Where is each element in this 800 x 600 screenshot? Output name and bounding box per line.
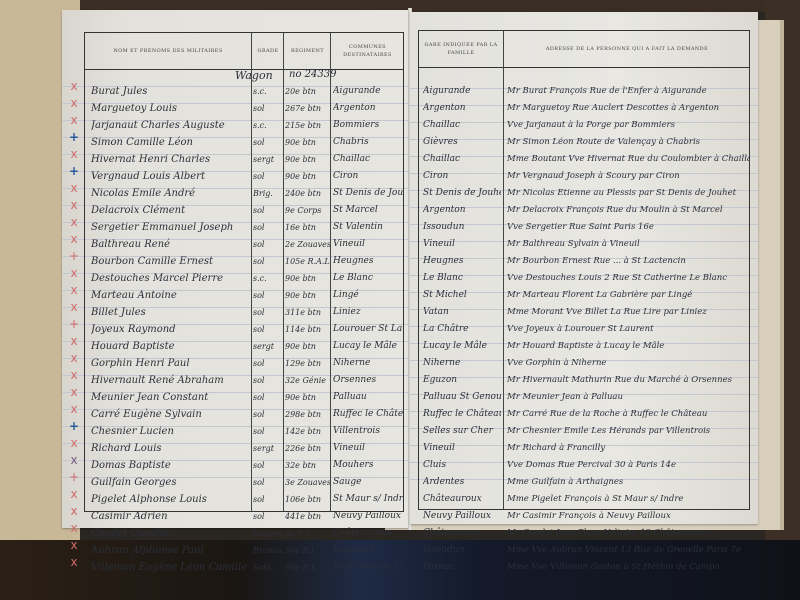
grade-value: Brig. (253, 185, 283, 202)
grade-value: sergt (253, 338, 283, 355)
x-mark-icon: x (64, 231, 84, 248)
grade-value: sol (253, 168, 283, 185)
table-row: Chaillac Vve Jarjanaut à la Porge par Bo… (419, 117, 749, 134)
x-mark-icon: x (64, 180, 84, 197)
grade-value: Caporal (253, 525, 283, 542)
regiment-value: 215e btn (285, 117, 330, 134)
gare-value: Lucay le Mâle (423, 338, 501, 355)
soldier-name: Aubrun Alphonse Paul (91, 542, 249, 559)
grade-value: sol (253, 355, 283, 372)
table-row: Chesnier Lucien sol 142e btn Villentrois (85, 423, 403, 440)
commune-value: Lingé (333, 287, 403, 304)
grade-value: sol (253, 508, 283, 525)
table-row: Vineuil Mr Balthreau Sylvain à Vineuil (419, 236, 749, 253)
grade-value: sol (253, 134, 283, 151)
grade-value: sol (253, 389, 283, 406)
table-row: Destouches Marcel Pierre s.c. 90e btn Le… (85, 270, 403, 287)
table-row: Burat Jules s.c. 20e btn Aigurande (85, 83, 403, 100)
table-row: Ardentes Mme Guilfain à Arthaignes (419, 474, 749, 491)
table-row: Vineuil Mr Richard à Francilly (419, 440, 749, 457)
grade-value: sergt (253, 151, 283, 168)
adresse-value: Mme Boutant Vve Hivernat Rue du Coulombi… (507, 151, 749, 168)
x-mark-icon: x (64, 367, 84, 384)
soldier-name: Simon Camille Léon (91, 134, 249, 151)
soldier-name: Sergetier Emmanuel Joseph (91, 219, 249, 236)
table-row: St Michel Mr Marteau Florent La Gabrière… (419, 287, 749, 304)
table-row: Gièvres Mr Simon Léon Route de Valençay … (419, 134, 749, 151)
register-right-page: Gare indiquée par la famille Adresse de … (410, 12, 758, 524)
gare-value: Eguzon (423, 372, 501, 389)
soldier-name: Destouches Marcel Pierre (91, 270, 249, 287)
adresse-value: Mme Vve Aubrun Vincent 13 Rue de Grenell… (507, 542, 749, 559)
cross-mark-icon: + (64, 316, 84, 333)
adresse-value: Mme Pigelet François à St Maur s/ Indre (507, 491, 749, 508)
commune-value: Palluau (333, 389, 403, 406)
adresse-value: Mme Vve Villemon Gaston à St Hérbin de C… (507, 559, 749, 576)
grade-value: Sold. (253, 559, 283, 576)
soldier-name: Marguetoy Louis (91, 100, 249, 117)
adresse-value: Mr Carré Rue de la Roche à Ruffec le Châ… (507, 406, 749, 423)
gare-value: Chaillac (423, 151, 501, 168)
gare-value: Ciron (423, 168, 501, 185)
soldier-name: Hivernault René Abraham (91, 372, 249, 389)
table-row: Le Blanc Vve Destouches Louis 2 Rue St C… (419, 270, 749, 287)
cross-mark-icon: + (64, 248, 84, 265)
gare-value: St Denis de Jouhet (423, 185, 501, 202)
gare-value: Vineuil (423, 440, 501, 457)
grade-value: sol (253, 100, 283, 117)
regiment-value: 90e btn (285, 168, 330, 185)
commune-value: Lucay le Mâle (333, 338, 403, 355)
gare-value: Vineuil (423, 236, 501, 253)
grade-value: s.c. (253, 83, 283, 100)
table-row: Hivernault René Abraham sol 32e Génie Or… (85, 372, 403, 389)
table-row: Châteauroux Mr Condet Jean Place Voltair… (419, 525, 749, 542)
commune-value: Mouhers (333, 457, 403, 474)
grade-value: s.c. (253, 117, 283, 134)
table-row: Domas Baptiste sol 32e btn Mouhers (85, 457, 403, 474)
gare-value: Vatan (423, 304, 501, 321)
commune-value: St Marcel (333, 202, 403, 219)
table-row: St Denis de Jouhet Mr Nicolas Etienne au… (419, 185, 749, 202)
x-mark-icon: x (64, 350, 84, 367)
gare-value: Heugnes (423, 253, 501, 270)
table-row: Condet Camille Caporal 5e R.T. Châteauro… (85, 525, 403, 542)
gare-value: Issoudun (423, 542, 501, 559)
x-mark-icon: x (64, 486, 84, 503)
table-row: Bourbon Camille Ernest sol 105e R.A.L. H… (85, 253, 403, 270)
soldier-name: Vergnaud Louis Albert (91, 168, 249, 185)
table-row: Marguetoy Louis sol 267e btn Argenton (85, 100, 403, 117)
adresse-value: Mr Delacroix François Rue du Moulin à St… (507, 202, 749, 219)
table-row: Gorphin Henri Paul sol 129e btn Niherne (85, 355, 403, 372)
grade-value: sol (253, 423, 283, 440)
regiment-value: 311e btn (285, 304, 330, 321)
adresse-value: Mr Bourbon Ernest Rue ... à St Lactencin (507, 253, 749, 270)
gare-value: Niherne (423, 355, 501, 372)
soldier-name: Guilfain Georges (91, 474, 249, 491)
commune-value: St Hérbin de Campo (333, 559, 403, 576)
table-row: Guilfain Georges sol 3e Zouaves Sauge (85, 474, 403, 491)
grade-value: Brancard. (253, 542, 283, 559)
gare-value: Ardentes (423, 474, 501, 491)
table-row: Jarjanaut Charles Auguste s.c. 215e btn … (85, 117, 403, 134)
soldier-name: Balthreau René (91, 236, 249, 253)
commune-value: Vineuil (333, 236, 403, 253)
x-mark-icon: x (64, 503, 84, 520)
commune-value: Argenton (333, 100, 403, 117)
header-name: Nom et prénoms des militaires (85, 33, 251, 70)
table-row: Chaillac Mme Boutant Vve Hivernat Rue du… (419, 151, 749, 168)
adresse-value: Mr Meunier Jean à Palluau (507, 389, 749, 406)
commune-value: St Denis de Jouhet (333, 185, 403, 202)
adresse-value: Mr Balthreau Sylvain à Vineuil (507, 236, 749, 253)
regiment-value: 105e R.A.L. (285, 253, 330, 270)
commune-value: Liniez (333, 304, 403, 321)
table-row: Billet Jules sol 311e btn Liniez (85, 304, 403, 321)
x-mark-icon: x (64, 333, 84, 350)
x-mark-icon: x (64, 401, 84, 418)
x-mark-icon: x (64, 112, 84, 129)
adresse-value: Vve Destouches Louis 2 Rue St Catherine … (507, 270, 749, 287)
adresse-value: Mr Marguetoy Rue Auclert Descottes à Arg… (507, 100, 749, 117)
commune-value: Sauge (333, 474, 403, 491)
adresse-value: Mr Casimir François à Neuvy Pailloux (507, 508, 749, 525)
grade-value: sol (253, 304, 283, 321)
regiment-value: 20e btn (285, 83, 330, 100)
commune-value: Villentrois (333, 423, 403, 440)
table-row: Vergnaud Louis Albert sol 90e btn Ciron (85, 168, 403, 185)
table-row: Aigurande Mr Burat François Rue de l'Enf… (419, 83, 749, 100)
right-table: Gare indiquée par la famille Adresse de … (418, 30, 750, 510)
soldier-name: Houard Baptiste (91, 338, 249, 355)
x-mark-icon: x (64, 95, 84, 112)
gare-value: Argenton (423, 202, 501, 219)
commune-value: Neuvy Pailloux (333, 508, 403, 525)
commune-value: Vineuil (333, 440, 403, 457)
x-mark-icon: x (64, 265, 84, 282)
regiment-value: 90e btn (285, 270, 330, 287)
regiment-value: 90e btn (285, 134, 330, 151)
grade-value: sol (253, 202, 283, 219)
regiment-value: 90e btn (285, 338, 330, 355)
soldier-name: Delacroix Clément (91, 202, 249, 219)
regiment-value: 114e btn (285, 321, 330, 338)
x-mark-icon: x (64, 214, 84, 231)
adresse-value: Mr Simon Léon Route de Valençay à Chabri… (507, 134, 749, 151)
regiment-value: 226e btn (285, 440, 330, 457)
adresse-value: Vve Sergetier Rue Saint Paris 16e (507, 219, 749, 236)
table-row: Niherne Vve Gorphin à Niherne (419, 355, 749, 372)
gare-value: Châteauroux (423, 491, 501, 508)
regiment-value: 240e btn (285, 185, 330, 202)
wagon-label: Wagon (235, 69, 273, 82)
adresse-value: Vve Joyeux à Lourouer St Laurent (507, 321, 749, 338)
soldier-name: Meunier Jean Constant (91, 389, 249, 406)
table-row: Cluis Vve Domas Rue Percival 30 à Paris … (419, 457, 749, 474)
table-row: Palluau St Genou Mr Meunier Jean à Pallu… (419, 389, 749, 406)
table-row: La Châtre Vve Joyeux à Lourouer St Laure… (419, 321, 749, 338)
gare-value: Neuvy Pailloux (423, 508, 501, 525)
regiment-value: 142e btn (285, 423, 330, 440)
x-mark-icon: x (64, 537, 84, 554)
soldier-name: Joyeux Raymond (91, 321, 249, 338)
soldier-name: Hivernat Henri Charles (91, 151, 249, 168)
grade-value: sol (253, 236, 283, 253)
gare-value: Chaillac (423, 117, 501, 134)
left-table: Nom et prénoms des militaires Grade Régi… (84, 32, 404, 512)
table-row: Argenton Mr Delacroix François Rue du Mo… (419, 202, 749, 219)
table-row: Meunier Jean Constant sol 90e btn Pallua… (85, 389, 403, 406)
x-mark-icon: x (64, 197, 84, 214)
regiment-value: 32e btn (285, 457, 330, 474)
regiment-value: 90e R.I. (285, 559, 330, 576)
soldier-name: Domas Baptiste (91, 457, 249, 474)
adresse-value: Mr Hivernault Mathurin Rue du Marché à O… (507, 372, 749, 389)
soldier-name: Richard Louis (91, 440, 249, 457)
table-row: Selles sur Cher Mr Chesnier Emile Les Hé… (419, 423, 749, 440)
adresse-value: Mr Vergnaud Joseph à Scoury par Ciron (507, 168, 749, 185)
commune-value: Châteauroux (333, 525, 403, 542)
regiment-value: 32e Génie (285, 372, 330, 389)
table-row: Neuvy Pailloux Mr Casimir François à Neu… (419, 508, 749, 525)
x-mark-icon: x (64, 146, 84, 163)
x-mark-icon: x (64, 282, 84, 299)
regiment-value: 9e Corps (285, 202, 330, 219)
gare-value: Gièvres (423, 134, 501, 151)
grade-value: sol (253, 406, 283, 423)
table-row: Heugnes Mr Bourbon Ernest Rue ... à St L… (419, 253, 749, 270)
soldier-name: Casimir Adrien (91, 508, 249, 525)
grade-value: sol (253, 287, 283, 304)
gare-value: Ruffec le Château (423, 406, 501, 423)
table-row: Eguzon Mr Hivernault Mathurin Rue du Mar… (419, 372, 749, 389)
gare-value: Cluis (423, 457, 501, 474)
grade-value: s.c. (253, 270, 283, 287)
table-row: Ruffec le Château Mr Carré Rue de la Roc… (419, 406, 749, 423)
adresse-value: Mr Richard à Francilly (507, 440, 749, 457)
adresse-value: Mr Houard Baptiste à Lucay le Mâle (507, 338, 749, 355)
table-row: Sergetier Emmanuel Joseph sol 16e btn St… (85, 219, 403, 236)
table-row: Argenton Mr Marguetoy Rue Auclert Descot… (419, 100, 749, 117)
soldier-name: Chesnier Lucien (91, 423, 249, 440)
header-grade: Grade (251, 33, 284, 70)
soldier-name: Condet Camille (91, 525, 249, 542)
adresse-value: Mme Morant Vve Billet La Rue Lire par Li… (507, 304, 749, 321)
commune-value: Heugnes (333, 253, 403, 270)
table-row: Marteau Antoine sol 90e btn Lingé (85, 287, 403, 304)
table-row: Vatan Mme Morant Vve Billet La Rue Lire … (419, 304, 749, 321)
soldier-name: Billet Jules (91, 304, 249, 321)
right-rows: Aigurande Mr Burat François Rue de l'Enf… (419, 83, 749, 576)
regiment-value: 441e btn (285, 508, 330, 525)
commune-value: Chabris (333, 134, 403, 151)
adresse-value: Mr Burat François Rue de l'Enfer à Aigur… (507, 83, 749, 100)
regiment-value: 298e btn (285, 406, 330, 423)
adresse-value: Mme Guilfain à Arthaignes (507, 474, 749, 491)
regiment-value: 90e btn (285, 287, 330, 304)
table-row: Ciron Mr Vergnaud Joseph à Scoury par Ci… (419, 168, 749, 185)
soldier-name: Bourbon Camille Ernest (91, 253, 249, 270)
gare-value: Palluau St Genou (423, 389, 501, 406)
grade-value: sol (253, 321, 283, 338)
cross-mark-icon: + (64, 129, 84, 146)
gare-value: Aigurande (423, 83, 501, 100)
commune-value: St Valentin (333, 219, 403, 236)
table-row: Nicolas Emile André Brig. 240e btn St De… (85, 185, 403, 202)
cross-mark-icon: + (64, 163, 84, 180)
x-mark-icon: x (64, 299, 84, 316)
wagon-text: Wagon (235, 69, 273, 82)
table-row: Joyeux Raymond sol 114e btn Lourouer St … (85, 321, 403, 338)
table-row: Parnac Mme Vve Villemon Gaston à St Hérb… (419, 559, 749, 576)
margin-tally-marks: xxx+x+xxxx+xxx+xxxxx+xx+xxxxx (64, 78, 84, 571)
table-row: Issoudun Mme Vve Aubrun Vincent 13 Rue d… (419, 542, 749, 559)
soldier-name: Villemon Eugène Léon Camille (91, 559, 249, 576)
soldier-name: Burat Jules (91, 83, 249, 100)
header-regiment: Régiment (283, 33, 331, 70)
commune-value: St Maur s/ Indre (333, 491, 403, 508)
cross-mark-icon: + (64, 469, 84, 486)
table-row: Aubrun Alphonse Paul Brancard. 90e R.I. … (85, 542, 403, 559)
regiment-value: 129e btn (285, 355, 330, 372)
regiment-value: 90e R.I. (285, 542, 330, 559)
table-row: Richard Louis sergt 226e btn Vineuil (85, 440, 403, 457)
header-adresse: Adresse de la personne qui a fait la dem… (503, 31, 750, 68)
x-mark-icon: x (64, 78, 84, 95)
grade-value: sol (253, 219, 283, 236)
left-rows: Burat Jules s.c. 20e btn Aigurande Margu… (85, 83, 403, 576)
gare-value: Selles sur Cher (423, 423, 501, 440)
regiment-value: 90e btn (285, 389, 330, 406)
gare-value: St Michel (423, 287, 501, 304)
commune-value: Ciron (333, 168, 403, 185)
regiment-value: 90e btn (285, 151, 330, 168)
adresse-value: Vve Gorphin à Niherne (507, 355, 749, 372)
table-row: Simon Camille Léon sol 90e btn Chabris (85, 134, 403, 151)
gare-value: Châteauroux (423, 525, 501, 542)
regiment-value: 267e btn (285, 100, 330, 117)
grade-value: sergt (253, 440, 283, 457)
soldier-name: Jarjanaut Charles Auguste (91, 117, 249, 134)
table-row: Villemon Eugène Léon Camille Sold. 90e R… (85, 559, 403, 576)
soldier-name: Nicolas Emile André (91, 185, 249, 202)
header-commune: Communes destinataires (330, 33, 404, 70)
gare-value: Argenton (423, 100, 501, 117)
table-row: Casimir Adrien sol 441e btn Neuvy Paillo… (85, 508, 403, 525)
commune-value: Lourouer St Laurent (333, 321, 403, 338)
adresse-value: Mr Chesnier Emile Les Hérands par Villen… (507, 423, 749, 440)
commune-value: Aigurande (333, 83, 403, 100)
grade-value: sol (253, 457, 283, 474)
adresse-value: Mr Marteau Florent La Gabrière par Lingé (507, 287, 749, 304)
commune-value: Bommiers (333, 117, 403, 134)
table-row: Issoudun Vve Sergetier Rue Saint Paris 1… (419, 219, 749, 236)
gare-value: Le Blanc (423, 270, 501, 287)
regiment-value: 16e btn (285, 219, 330, 236)
grade-value: sol (253, 372, 283, 389)
wagon-number: no 24339 (289, 69, 336, 80)
table-row: Carré Eugène Sylvain sol 298e btn Ruffec… (85, 406, 403, 423)
x-mark-icon: x (64, 452, 84, 469)
table-row: Châteauroux Mme Pigelet François à St Ma… (419, 491, 749, 508)
register-left-page: Nom et prénoms des militaires Grade Régi… (62, 10, 410, 528)
adresse-value: Mr Nicolas Etienne au Plessis par St Den… (507, 185, 749, 202)
regiment-value: 2e Zouaves (285, 236, 330, 253)
cross-mark-icon: + (64, 418, 84, 435)
gare-value: Parnac (423, 559, 501, 576)
adresse-value: Vve Domas Rue Percival 30 à Paris 14e (507, 457, 749, 474)
commune-value: Niherne (333, 355, 403, 372)
table-row: Balthreau René sol 2e Zouaves Vineuil (85, 236, 403, 253)
gare-value: Issoudun (423, 219, 501, 236)
commune-value: Chaillac (333, 151, 403, 168)
regiment-value: 5e R.T. (285, 525, 330, 542)
commune-value: Ruffec le Château (333, 406, 403, 423)
table-row: Pigelet Alphonse Louis sol 106e btn St M… (85, 491, 403, 508)
adresse-value: Mr Condet Jean Place Voltaire 12 Château… (507, 525, 749, 542)
table-row: Houard Baptiste sergt 90e btn Lucay le M… (85, 338, 403, 355)
grade-value: sol (253, 474, 283, 491)
regiment-value: 3e Zouaves (285, 474, 330, 491)
table-row: Hivernat Henri Charles sergt 90e btn Cha… (85, 151, 403, 168)
commune-value: Issoudun (333, 542, 403, 559)
grade-value: sol (253, 491, 283, 508)
regiment-value: 106e btn (285, 491, 330, 508)
commune-value: Le Blanc (333, 270, 403, 287)
x-mark-icon: x (64, 435, 84, 452)
table-row: Lucay le Mâle Mr Houard Baptiste à Lucay… (419, 338, 749, 355)
adresse-value: Vve Jarjanaut à la Porge par Bommiers (507, 117, 749, 134)
gare-value: La Châtre (423, 321, 501, 338)
soldier-name: Pigelet Alphonse Louis (91, 491, 249, 508)
commune-value: Orsennes (333, 372, 403, 389)
x-mark-icon: x (64, 520, 84, 537)
soldier-name: Gorphin Henri Paul (91, 355, 249, 372)
table-row: Delacroix Clément sol 9e Corps St Marcel (85, 202, 403, 219)
grade-value: sol (253, 253, 283, 270)
x-mark-icon: x (64, 554, 84, 571)
x-mark-icon: x (64, 384, 84, 401)
soldier-name: Marteau Antoine (91, 287, 249, 304)
header-gare: Gare indiquée par la famille (419, 31, 503, 68)
soldier-name: Carré Eugène Sylvain (91, 406, 249, 423)
